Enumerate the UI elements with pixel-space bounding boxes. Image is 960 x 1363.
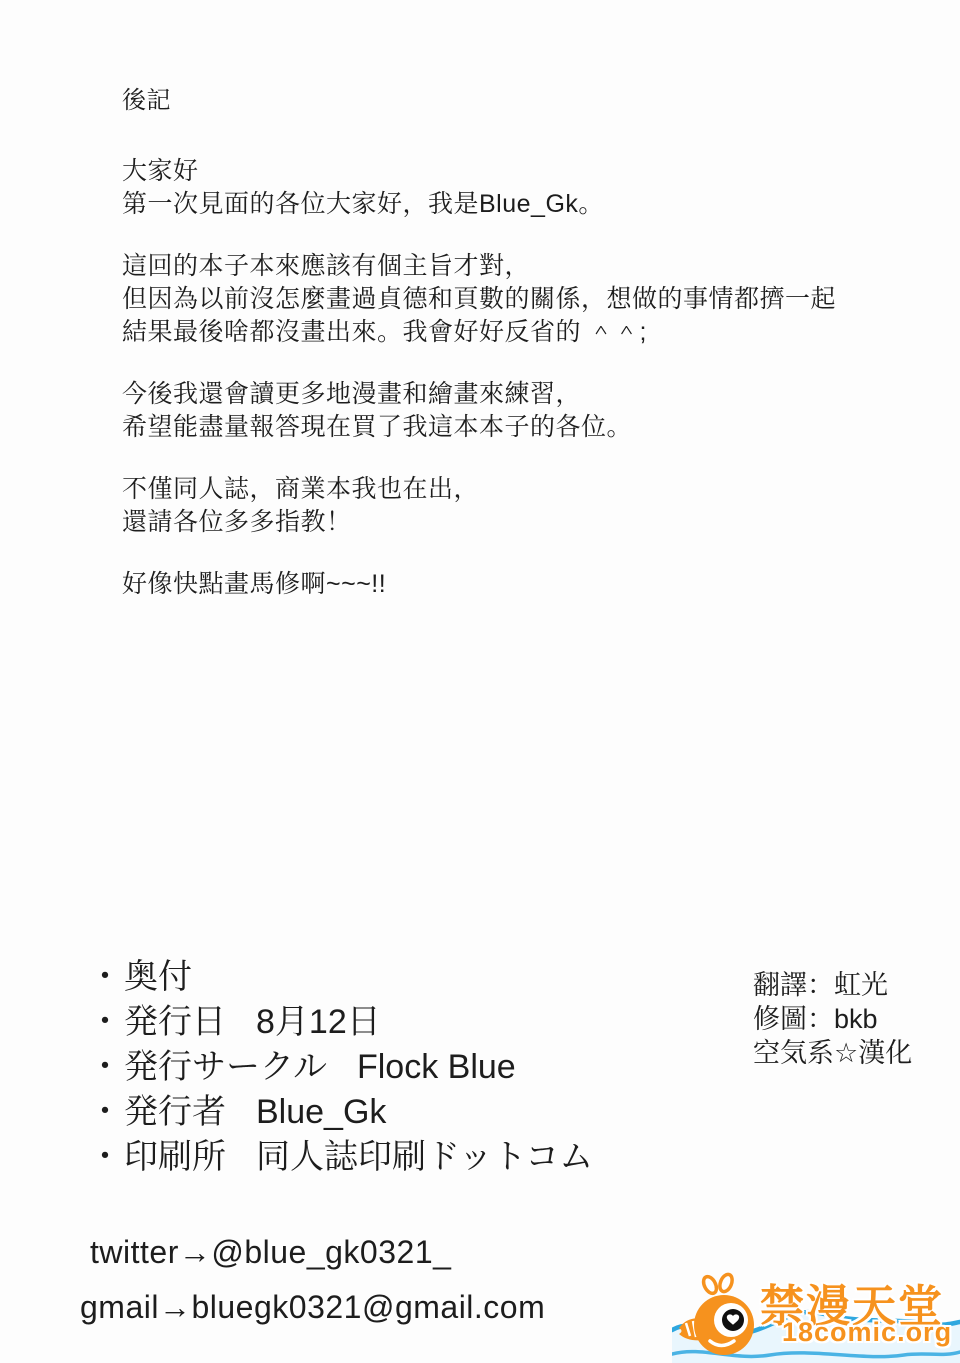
watermark-logo: 禁漫天堂 18comic.org: [672, 1266, 960, 1363]
bullet: ・: [88, 1090, 122, 1135]
paragraph: 大家好 第一次見面的各位大家好，我是Blue_Gk。: [122, 155, 836, 221]
text-line: 這回的本子本來應該有個主旨才對，: [122, 250, 836, 283]
colophon-value: Flock Blue: [357, 1045, 516, 1090]
text-line: 第一次見面的各位大家好，我是Blue_Gk。: [122, 188, 836, 221]
colophon-value: Blue_Gk: [256, 1090, 386, 1135]
colophon-item: ・発行サークルFlock Blue: [88, 1045, 593, 1090]
colophon-item: ・奥付: [88, 955, 593, 1000]
text-line: 今後我還會讀更多地漫畫和繪畫來練習，: [122, 378, 836, 411]
afterword-title: 後記: [122, 84, 836, 117]
colophon-section: ・奥付 ・発行日8月12日 ・発行サークルFlock Blue ・発行者Blue…: [88, 955, 593, 1180]
colophon-value: 同人誌印刷ドットコム: [256, 1135, 593, 1180]
text-line: 不僅同人誌，商業本我也在出，: [122, 473, 836, 506]
text-line: 希望能盡量報答現在買了我這本本子的各位。: [122, 411, 836, 444]
bullet: ・: [88, 1045, 122, 1090]
contacts-section: twitter→@blue_gk0321_ gmail→bluegk0321@g…: [80, 1225, 545, 1335]
colophon-value: 8月12日: [256, 1000, 381, 1045]
colophon-item: ・発行日8月12日: [88, 1000, 593, 1045]
credit-line: 修圖：bkb: [753, 1002, 912, 1036]
credit-line: 空気系☆漢化: [753, 1036, 912, 1070]
paragraph: 不僅同人誌，商業本我也在出， 還請各位多多指教！: [122, 473, 836, 539]
colophon-label: 発行日: [124, 1000, 226, 1045]
text-line: 但因為以前沒怎麼畫過貞德和頁數的關係，想做的事情都擠一起: [122, 283, 836, 316]
text-line: 還請各位多多指教！: [122, 506, 836, 539]
colophon-label: 印刷所: [124, 1135, 226, 1180]
colophon-item: ・発行者Blue_Gk: [88, 1090, 593, 1135]
scanned-afterword-page: 後記 大家好 第一次見面的各位大家好，我是Blue_Gk。 這回的本子本來應該有…: [0, 0, 960, 1363]
colophon-item: ・印刷所同人誌印刷ドットコム: [88, 1135, 593, 1180]
colophon-label: 発行者: [124, 1090, 226, 1135]
watermark-site-url: 18comic.org: [782, 1317, 952, 1348]
colophon-label: 発行サークル: [124, 1045, 327, 1090]
afterword-section: 後記 大家好 第一次見面的各位大家好，我是Blue_Gk。 這回的本子本來應該有…: [122, 84, 836, 601]
text-line: 大家好: [122, 155, 836, 188]
bullet: ・: [88, 955, 122, 1000]
gmail-contact-line: gmail→bluegk0321@gmail.com: [80, 1280, 545, 1335]
credits-section: 翻譯：虹光 修圖：bkb 空気系☆漢化: [753, 968, 912, 1070]
text-line: 好像快點畫馬修啊~~~!!: [122, 568, 836, 601]
credit-line: 翻譯：虹光: [753, 968, 912, 1002]
paragraph: 這回的本子本來應該有個主旨才對， 但因為以前沒怎麼畫過貞德和頁數的關係，想做的事…: [122, 250, 836, 349]
paragraph: 今後我還會讀更多地漫畫和繪畫來練習， 希望能盡量報答現在買了我這本本子的各位。: [122, 378, 836, 444]
twitter-contact-line: twitter→@blue_gk0321_: [80, 1225, 545, 1280]
paragraph: 好像快點畫馬修啊~~~!!: [122, 568, 836, 601]
fish-mascot-icon: [676, 1272, 762, 1362]
colophon-label: 奥付: [124, 955, 192, 1000]
bullet: ・: [88, 1000, 122, 1045]
text-line: 結果最後啥都沒畫出來。我會好好反省的 ＾＾;: [122, 316, 836, 349]
bullet: ・: [88, 1135, 122, 1180]
